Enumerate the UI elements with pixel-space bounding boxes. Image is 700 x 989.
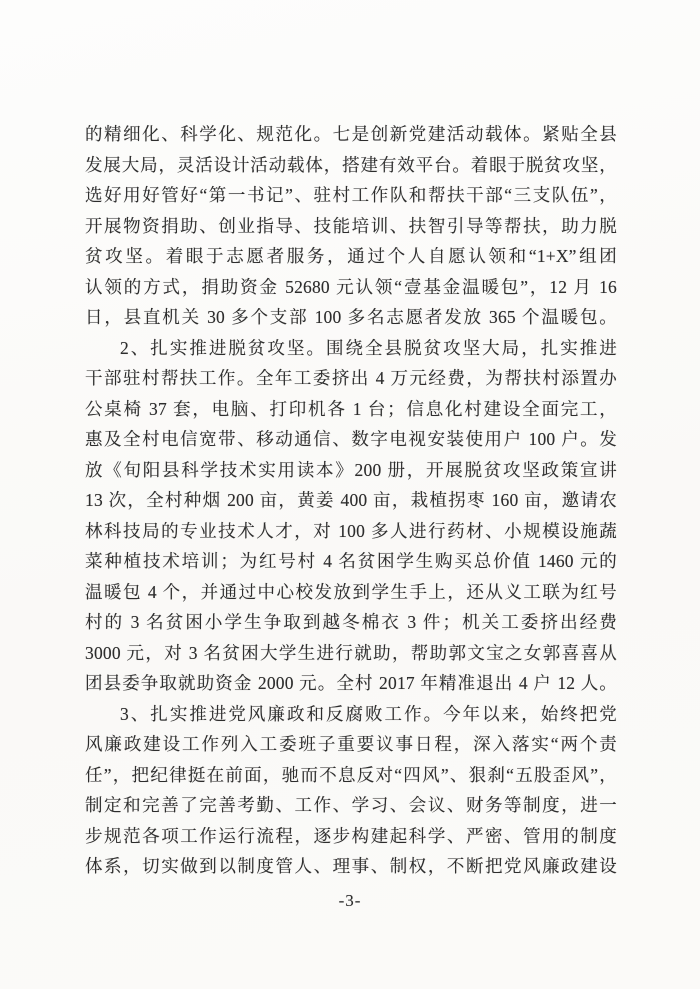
text-line: 发展大局，灵活设计活动载体，搭建有效平台。着眼于脱贫攻坚，	[85, 150, 617, 181]
text-line: 选好用好管好“第一书记”、驻村工作队和帮扶干部“三支队伍”，	[85, 180, 617, 211]
text-line: 干部驻村帮扶工作。全年工委挤出 4 万元经费，为帮扶村添置办	[85, 363, 617, 394]
text-line: 林科技局的专业技术人才，对 100 多人进行药材、小规模设施蔬	[85, 516, 617, 547]
text-line: 3、扎实推进党风廉政和反腐败工作。今年以来，始终把党	[85, 699, 617, 730]
document-body: 的精细化、科学化、规范化。七是创新党建活动载体。紧贴全县 发展大局，灵活设计活动…	[85, 119, 617, 882]
paragraph-continuation: 的精细化、科学化、规范化。七是创新党建活动载体。紧贴全县 发展大局，灵活设计活动…	[85, 119, 617, 333]
page-number: -3-	[0, 886, 700, 916]
text-line: 3000 元，对 3 名贫困大学生进行就助，帮助郭文宝之女郭喜喜从	[85, 638, 617, 669]
text-line: 公桌椅 37 套，电脑、打印机各 1 台；信息化村建设全面完工，	[85, 394, 617, 425]
text-line: 菜种植技术培训；为红号村 4 名贫困学生购买总价值 1460 元的	[85, 546, 617, 577]
paragraph-section-2: 2、扎实推进脱贫攻坚。围绕全县脱贫攻坚大局，扎实推进 干部驻村帮扶工作。全年工委…	[85, 333, 617, 699]
text-line: 村的 3 名贫困小学生争取到越冬棉衣 3 件；机关工委挤出经费	[85, 607, 617, 638]
text-line: 制定和完善了完善考勤、工作、学习、会议、财务等制度，进一	[85, 790, 617, 821]
text-line: 任”，把纪律挺在前面，驰而不息反对“四风”、狠刹“五股歪风”，	[85, 760, 617, 791]
text-line: 贫攻坚。着眼于志愿者服务，通过个人自愿认领和“1+X”组团	[85, 241, 617, 272]
text-line: 步规范各项工作运行流程，逐步构建起科学、严密、管用的制度	[85, 821, 617, 852]
text-line: 认领的方式，捐助资金 52680 元认领“壹基金温暖包”，12 月 16	[85, 272, 617, 303]
text-line: 温暖包 4 个，并通过中心校发放到学生手上，还从义工联为红号	[85, 577, 617, 608]
text-line: 惠及全村电信宽带、移动通信、数字电视安装使用户 100 户。发	[85, 424, 617, 455]
text-line: 团县委争取就助资金 2000 元。全村 2017 年精准退出 4 户 12 人。	[85, 668, 617, 699]
text-line: 体系，切实做到以制度管人、理事、制权，不断把党风廉政建设	[85, 851, 617, 882]
text-line: 开展物资捐助、创业指导、技能培训、扶智引导等帮扶，助力脱	[85, 211, 617, 242]
text-line: 放《旬阳县科学技术实用读本》200 册，开展脱贫攻坚政策宣讲	[85, 455, 617, 486]
text-line: 的精细化、科学化、规范化。七是创新党建活动载体。紧贴全县	[85, 119, 617, 150]
text-line: 风廉政建设工作列入工委班子重要议事日程，深入落实“两个责	[85, 729, 617, 760]
document-page: 的精细化、科学化、规范化。七是创新党建活动载体。紧贴全县 发展大局，灵活设计活动…	[0, 0, 700, 989]
text-line: 日，县直机关 30 多个支部 100 多名志愿者发放 365 个温暖包。	[85, 302, 617, 333]
text-line: 2、扎实推进脱贫攻坚。围绕全县脱贫攻坚大局，扎实推进	[85, 333, 617, 364]
text-line: 13 次，全村种烟 200 亩，黄姜 400 亩，栽植拐枣 160 亩，邀请农	[85, 485, 617, 516]
paragraph-section-3: 3、扎实推进党风廉政和反腐败工作。今年以来，始终把党 风廉政建设工作列入工委班子…	[85, 699, 617, 882]
